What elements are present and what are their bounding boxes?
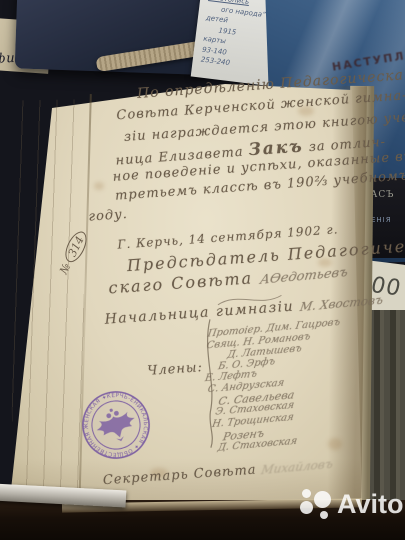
avito-watermark: Avito: [300, 487, 404, 521]
award-inscription: По опредѣленію Педагогическаго Совѣта Ке…: [50, 60, 392, 527]
headmistress-signature: М. Хвостовъ: [299, 292, 384, 313]
secretary-signature: Михайловъ: [260, 456, 334, 476]
members-label: Члены:: [147, 360, 203, 379]
award-inscription-line: году.: [88, 207, 128, 225]
chairman-signature: АѲедотьевъ: [259, 265, 349, 288]
book-photo: фич и летопись ого народа” детей 1915 ка…: [0, 0, 405, 540]
secretary-line: Секретарь Совѣта Михайловъ: [102, 457, 333, 488]
avito-wordmark: Avito: [337, 489, 404, 520]
secretary-label: Секретарь Совѣта: [102, 462, 262, 488]
avito-logo-icon: [300, 487, 332, 521]
